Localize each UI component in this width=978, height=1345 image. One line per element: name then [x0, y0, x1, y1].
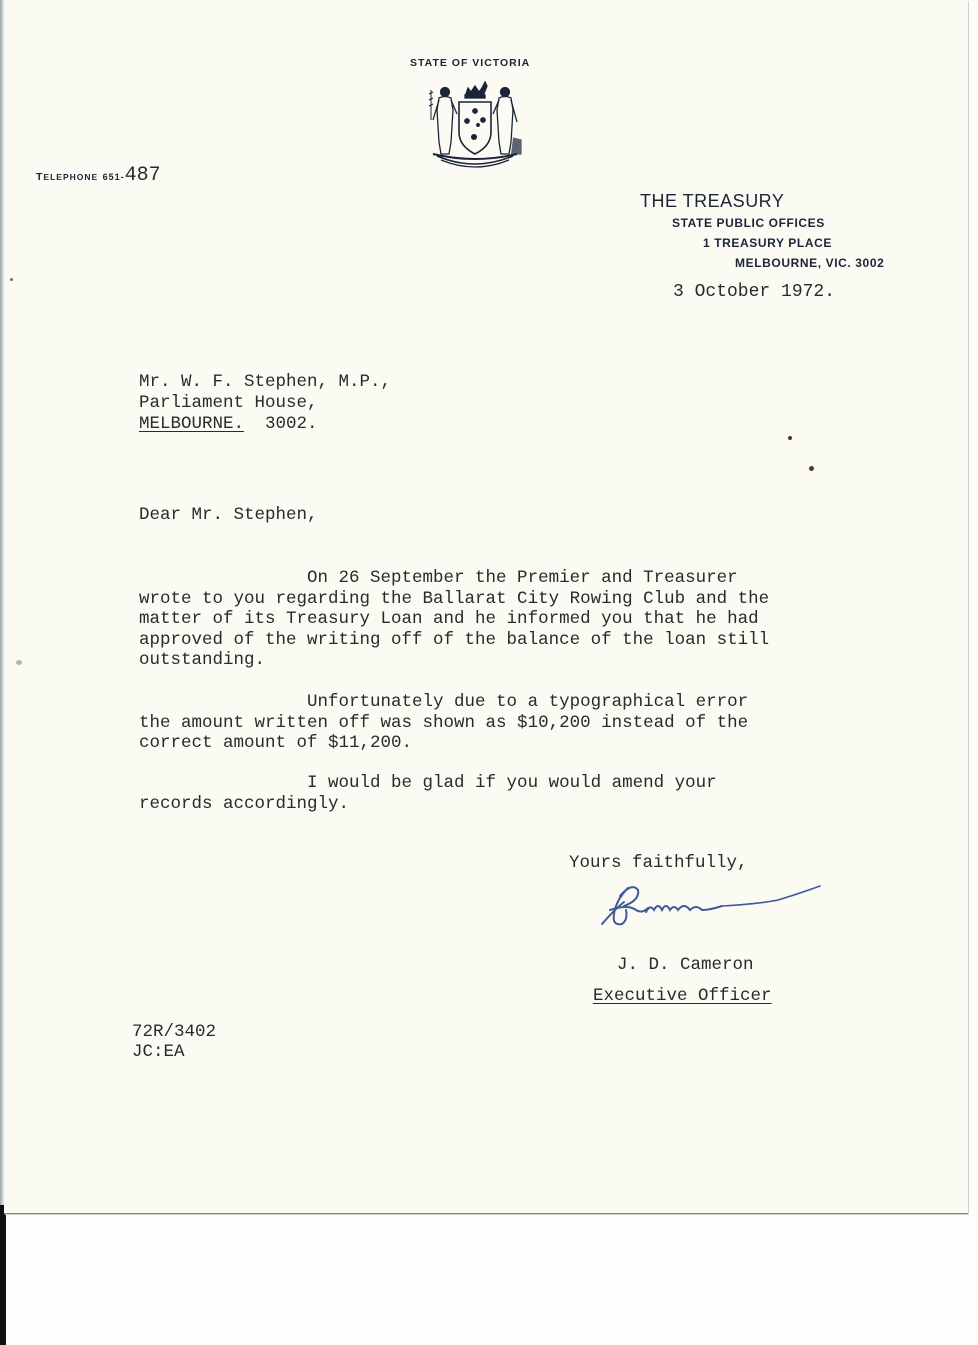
letterhead-state: STATE OF VICTORIA	[410, 57, 530, 69]
signer-title: Executive Officer	[593, 986, 772, 1006]
coat-of-arms-icon	[423, 80, 527, 172]
signer-name: J. D. Cameron	[617, 955, 754, 975]
telephone-prefix: 651-	[103, 172, 125, 182]
closing: Yours faithfully,	[569, 853, 748, 873]
telephone-label: ELEPHONE	[43, 172, 98, 182]
paper-speck	[10, 278, 13, 281]
recipient-city: MELBOURNE.	[139, 414, 244, 434]
letter-date: 3 October 1972.	[673, 282, 835, 302]
paper-speck	[16, 660, 22, 665]
recipient-block: Mr. W. F. Stephen, M.P., Parliament Hous…	[139, 372, 391, 435]
letterhead-department: THE TREASURY	[640, 191, 784, 212]
recipient-postcode: 3002.	[265, 414, 318, 434]
body-paragraph: Unfortunately due to a typographical err…	[139, 692, 748, 754]
telephone-number: 487	[125, 164, 161, 187]
scanner-edge-shadow	[0, 1205, 6, 1345]
paper-speck	[788, 436, 792, 440]
body-paragraph: I would be glad if you would amend your …	[139, 773, 717, 814]
letterhead-telephone: TELEPHONE 651-487	[36, 164, 161, 187]
salutation: Dear Mr. Stephen,	[139, 505, 318, 525]
reference-block: 72R/3402 JC:EA	[132, 1022, 216, 1062]
signature-icon	[598, 880, 823, 930]
reference-number: 72R/3402	[132, 1022, 216, 1042]
body-paragraph: On 26 September the Premier and Treasure…	[139, 568, 769, 671]
recipient-address: Parliament House,	[139, 393, 391, 414]
paper-speck	[809, 466, 814, 471]
letterhead-address-line: 1 TREASURY PLACE	[703, 236, 832, 250]
letterhead-address-line: STATE PUBLIC OFFICES	[672, 216, 825, 230]
letterhead-address-line: MELBOURNE, VIC. 3002	[735, 256, 884, 270]
reference-initials: JC:EA	[132, 1042, 216, 1062]
recipient-name: Mr. W. F. Stephen, M.P.,	[139, 372, 391, 393]
